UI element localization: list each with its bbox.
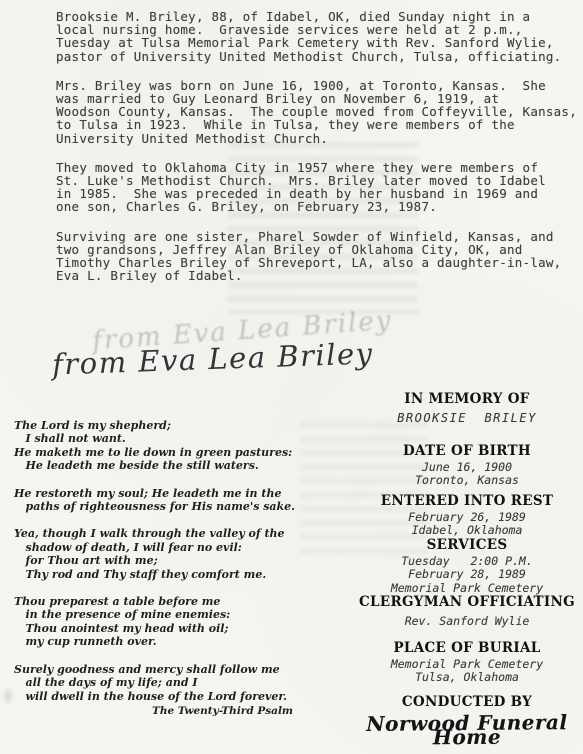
psalm-stanza: Thou preparest a table before me in the …: [14, 595, 306, 649]
memorial-section: CONDUCTED BY Norwood Funeral Home: [352, 695, 582, 744]
obituary-paragraph: Brooksie M. Briley, 88, of Idabel, OK, d…: [56, 10, 582, 63]
memorial-heading: ENTERED INTO REST: [352, 494, 582, 509]
memorial-section: IN MEMORY OF BROOKSIE BRILEY: [352, 392, 582, 426]
memorial-section: SERVICES Tuesday 2:00 P.M. February 28, …: [352, 538, 582, 596]
scan-edge-scuff: [2, 686, 14, 706]
scanned-obituary-page: Brooksie M. Briley, 88, of Idabel, OK, d…: [0, 0, 583, 754]
memorial-heading: PLACE OF BURIAL: [352, 641, 582, 656]
memorial-section: CLERGYMAN OFFICIATING Rev. Sanford Wylie: [352, 595, 582, 629]
memorial-heading: SERVICES: [352, 538, 582, 553]
psalm-text: The Lord is my shepherd; I shall not wan…: [14, 419, 306, 717]
psalm-stanza: Surely goodness and mercy shall follow m…: [14, 663, 306, 703]
memorial-value: Rev. Sanford Wylie: [352, 615, 582, 629]
memorial-value: June 16, 1900 Toronto, Kansas: [352, 461, 582, 488]
psalm-attribution: The Twenty-Third Psalm: [152, 705, 293, 717]
memorial-heading: DATE OF BIRTH: [352, 444, 582, 459]
memorial-section: ENTERED INTO REST February 26, 1989 Idab…: [352, 494, 582, 538]
memorial-value: Memorial Park Cemetery Tulsa, Oklahoma: [352, 658, 582, 685]
psalm-stanza: Yea, though I walk through the valley of…: [14, 527, 306, 581]
memorial-value: Norwood Funeral Home: [352, 715, 582, 744]
obituary-paragraph: Surviving are one sister, Pharel Sowder …: [56, 230, 582, 283]
memorial-section: PLACE OF BURIAL Memorial Park Cemetery T…: [352, 641, 582, 685]
memorial-value: BROOKSIE BRILEY: [352, 412, 582, 426]
psalm-stanza: The Lord is my shepherd; I shall not wan…: [14, 419, 306, 473]
memorial-value: Tuesday 2:00 P.M. February 28, 1989 Memo…: [352, 555, 582, 596]
memorial-heading: CONDUCTED BY: [352, 695, 582, 710]
memorial-heading: CLERGYMAN OFFICIATING: [352, 595, 582, 610]
psalm-stanza: He restoreth my soul; He leadeth me in t…: [14, 487, 306, 514]
memorial-column: IN MEMORY OF BROOKSIE BRILEY DATE OF BIR…: [352, 392, 582, 744]
obituary-paragraph: They moved to Oklahoma City in 1957 wher…: [56, 161, 582, 214]
obituary-text: Brooksie M. Briley, 88, of Idabel, OK, d…: [56, 10, 582, 298]
memorial-heading: IN MEMORY OF: [352, 392, 582, 407]
memorial-value: February 26, 1989 Idabel, Oklahoma: [352, 511, 582, 538]
obituary-paragraph: Mrs. Briley was born on June 16, 1900, a…: [56, 79, 582, 145]
memorial-section: DATE OF BIRTH June 16, 1900 Toronto, Kan…: [352, 444, 582, 488]
